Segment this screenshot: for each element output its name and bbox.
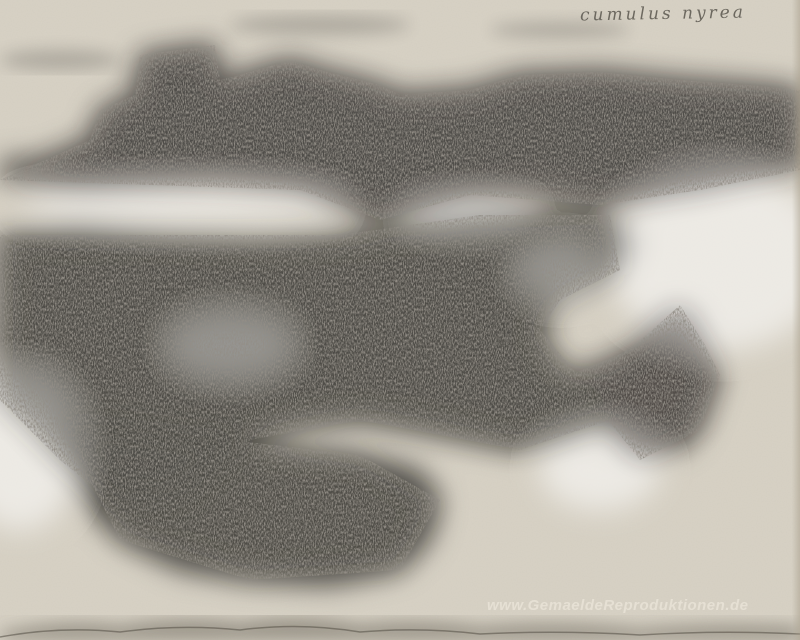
watermark-text: www.GemaeldeReproduktionen.de (487, 597, 749, 614)
cloud-drawing: cumulus nyrea www.GemaeldeReproduktionen… (0, 0, 800, 640)
cloud-study-graphic (0, 0, 800, 640)
artist-inscription: cumulus nyrea (580, 3, 746, 26)
paper-edge-shadow (792, 0, 800, 640)
